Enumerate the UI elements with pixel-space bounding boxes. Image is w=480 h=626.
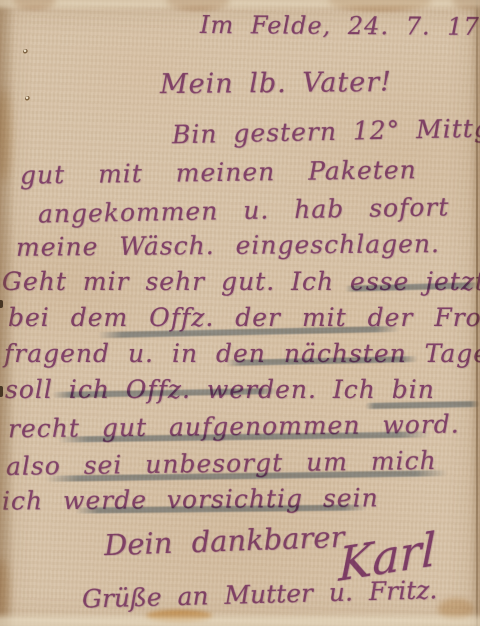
letter-scan: Im Felde, 24. 7. 17. Mein lb. Vater! Bin… [0,0,480,626]
postscript-greeting: Grüße an Mutter u. Fritz. [82,575,438,613]
bottom-stain [438,598,474,620]
edge-smudge [0,88,11,183]
handwriting-line: Geht mir sehr gut. Ich esse jetzt [2,267,480,296]
handwriting-line: bei dem Offz. der mit der Front [8,303,480,332]
handwriting-line: soll ich Offz. werden. Ich bin [5,375,435,404]
pinhole [23,49,28,54]
dateline: Im Felde, 24. 7. 17. [200,11,480,41]
handwriting-line: fragend u. in den nächsten Tagen [4,339,480,368]
edge-smudge [0,558,9,620]
rust-stain [328,0,432,10]
rust-stain [166,0,230,9]
torn-edge-mark [0,300,3,308]
handwriting-line: angekommen u. hab sofort [38,192,450,228]
pinhole [25,96,30,101]
closing-line: Dein dankbarer [103,520,344,562]
handwriting-line: ich werde vorsichtig sein [2,483,379,515]
salutation: Mein lb. Vater! [160,67,392,100]
handwriting-line: recht gut aufgenommen word. [8,410,460,444]
handwriting-line: Bin gestern 12° Mittg [172,114,480,150]
bottom-stain [146,610,212,622]
handwriting-line: meine Wäsch. eingeschlagen. [16,229,440,262]
handwriting-line: also sei unbesorgt um mich [6,446,437,481]
torn-edge-mark [0,386,3,397]
handwriting-line: gut mit meinen Paketen [20,155,417,190]
rust-stain [12,0,56,8]
